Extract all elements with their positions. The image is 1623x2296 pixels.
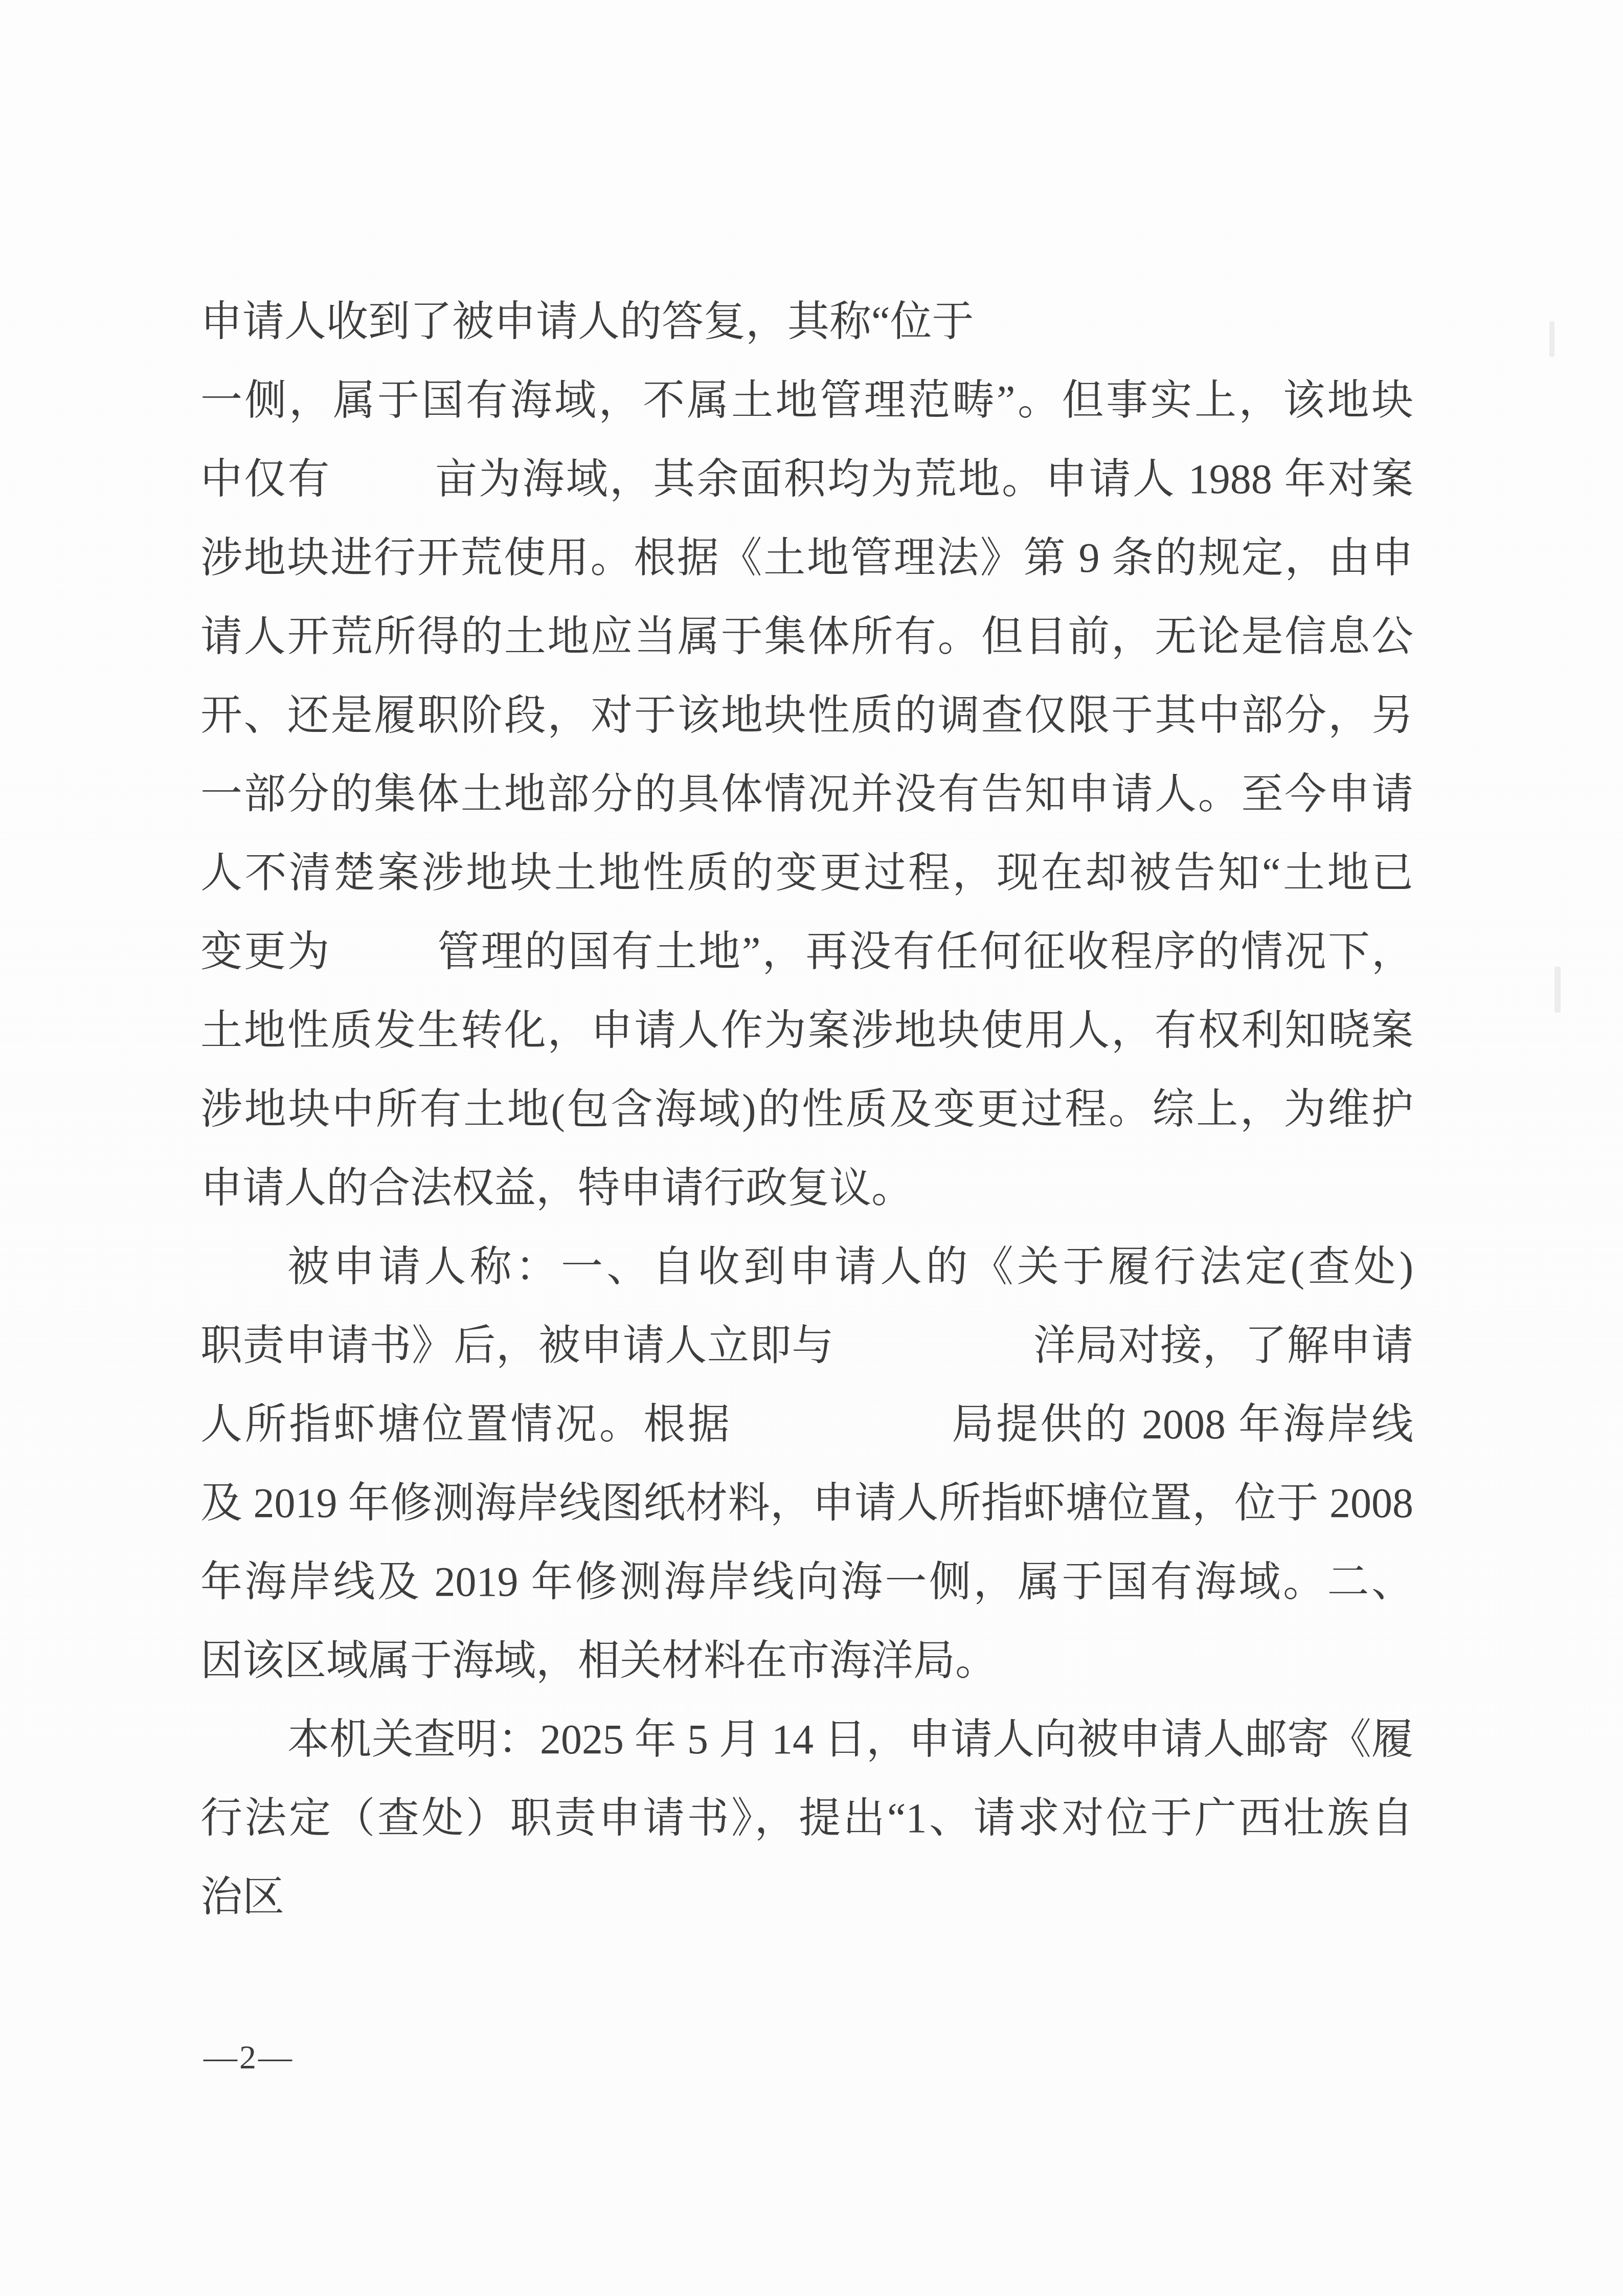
text-segment: 局提供的 2008 年海岸线 — [950, 1401, 1413, 1447]
text-line-9: 变更为管理的国有土地”，再没有任何征收程序的情况下， — [200, 912, 1413, 991]
text-line-20: 行法定（查处）职责申请书》，提出“1、请求对位于广西壮族自 — [200, 1779, 1413, 1858]
text-line-13: 被申请人称：一、自收到申请人的《关于履行法定(查处) — [200, 1228, 1413, 1306]
text-line-6: 开、还是履职阶段，对于该地块性质的调查仅限于其中部分，另 — [200, 676, 1413, 755]
text-line-1: 申请人收到了被申请人的答复，其称“位于 — [200, 282, 1413, 361]
text-segment: 及 2019 年修测海岸线图纸材料，申请人所指虾塘位置，位于 2008 — [200, 1480, 1413, 1526]
text-segment: 一侧，属于国有海域，不属土地管理范畴”。但事实上，该地块 — [200, 377, 1413, 423]
text-segment: 被申请人称：一、自收到申请人的《关于履行法定(查处) — [287, 1243, 1413, 1290]
redaction-gap — [331, 493, 434, 493]
text-segment: 亩为海域，其余面积均为荒地。申请人 1988 年对案 — [434, 456, 1413, 502]
text-line-12: 申请人的合法权益，特申请行政复议。 — [200, 1149, 1413, 1228]
text-line-3: 中仅有亩为海域，其余面积均为荒地。申请人 1988 年对案 — [200, 440, 1413, 519]
text-segment: 土地性质发生转化，申请人作为案涉地块使用人，有权利知晓案 — [200, 1007, 1413, 1054]
text-segment: 本机关查明：2025 年 5 月 14 日，申请人向被申请人邮寄《履 — [287, 1716, 1413, 1763]
text-segment: 中仅有 — [200, 456, 331, 502]
text-segment: 申请人的合法权益，特申请行政复议。 — [200, 1165, 913, 1211]
text-segment: 年海岸线及 2019 年修测海岸线向海一侧，属于国有海域。二、 — [200, 1558, 1413, 1605]
text-line-4: 涉地块进行开荒使用。根据《土地管理法》第 9 条的规定，由申 — [200, 519, 1413, 597]
text-segment: 职责申请书》后，被申请人立即与 — [200, 1322, 834, 1369]
text-line-17: 年海岸线及 2019 年修测海岸线向海一侧，属于国有海域。二、 — [200, 1543, 1413, 1621]
text-segment: 开、还是履职阶段，对于该地块性质的调查仅限于其中部分，另 — [200, 692, 1413, 739]
page-number: —2— — [204, 2035, 294, 2081]
text-segment: 管理的国有土地”，再没有任何征收程序的情况下， — [436, 928, 1413, 975]
text-segment: 涉地块中所有土地(包含海域)的性质及变更过程。综上，为维护 — [200, 1086, 1413, 1132]
text-line-11: 涉地块中所有土地(包含海域)的性质及变更过程。综上，为维护 — [200, 1070, 1413, 1149]
text-segment: 申请人收到了被申请人的答复，其称“位于 — [200, 298, 974, 345]
text-line-2: 一侧，属于国有海域，不属土地管理范畴”。但事实上，该地块 — [200, 361, 1413, 440]
text-segment: 因该区域属于海域，相关材料在市海洋局。 — [200, 1637, 997, 1684]
text-segment: 行法定（查处）职责申请书》，提出“1、请求对位于广西壮族自 — [200, 1795, 1413, 1841]
text-line-21: 治区 — [200, 1858, 1413, 1936]
text-line-7: 一部分的集体土地部分的具体情况并没有告知申请人。至今申请 — [200, 755, 1413, 834]
text-segment: 人所指虾塘位置情况。根据 — [200, 1401, 732, 1447]
document-body-text: 申请人收到了被申请人的答复，其称“位于 一侧，属于国有海域，不属土地管理范畴”。… — [200, 282, 1413, 1936]
scan-artifact — [1549, 321, 1554, 357]
redaction-gap — [834, 1359, 1033, 1359]
text-line-10: 土地性质发生转化，申请人作为案涉地块使用人，有权利知晓案 — [200, 991, 1413, 1070]
scan-artifact — [1554, 967, 1561, 1013]
text-segment: 请人开荒所得的土地应当属于集体所有。但目前，无论是信息公 — [200, 613, 1413, 660]
text-line-16: 及 2019 年修测海岸线图纸材料，申请人所指虾塘位置，位于 2008 — [200, 1464, 1413, 1543]
text-line-8: 人不清楚案涉地块土地性质的变更过程，现在却被告知“土地已 — [200, 834, 1413, 912]
text-line-15: 人所指虾塘位置情况。根据局提供的 2008 年海岸线 — [200, 1385, 1413, 1464]
redaction-gap — [732, 1438, 950, 1438]
text-segment: 一部分的集体土地部分的具体情况并没有告知申请人。至今申请 — [200, 771, 1413, 817]
redaction-gap — [331, 965, 436, 966]
text-line-14: 职责申请书》后，被申请人立即与洋局对接，了解申请 — [200, 1306, 1413, 1385]
text-line-18: 因该区域属于海域，相关材料在市海洋局。 — [200, 1621, 1413, 1700]
text-line-5: 请人开荒所得的土地应当属于集体所有。但目前，无论是信息公 — [200, 597, 1413, 676]
text-line-19: 本机关查明：2025 年 5 月 14 日，申请人向被申请人邮寄《履 — [200, 1700, 1413, 1779]
text-segment: 治区 — [200, 1874, 284, 1920]
text-segment: 洋局对接，了解申请 — [1033, 1322, 1413, 1369]
text-segment: 涉地块进行开荒使用。根据《土地管理法》第 9 条的规定，由申 — [200, 534, 1413, 581]
scanned-document-page: 申请人收到了被申请人的答复，其称“位于 一侧，属于国有海域，不属土地管理范畴”。… — [0, 0, 1623, 2296]
text-segment: 变更为 — [200, 928, 331, 975]
text-segment: 人不清楚案涉地块土地性质的变更过程，现在却被告知“土地已 — [200, 850, 1413, 896]
